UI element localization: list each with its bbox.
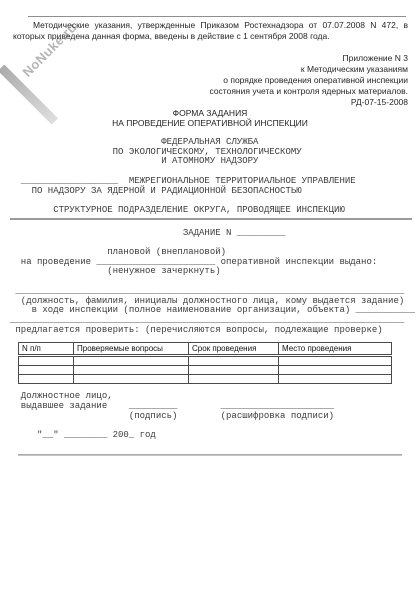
text-line: (подпись) (расшифровка подписи) [10,412,420,422]
table-cell [74,366,189,375]
intro-note: Методические указания, утвержденные Прик… [13,20,408,42]
form-agency-lines: ФЕДЕРАЛЬНАЯ СЛУЖБА ПО ЭКОЛОГИЧЕСКОМУ, ТЕ… [10,138,420,216]
table-header-period: Срок проведения [189,343,279,356]
table-cell [189,366,279,375]
table-header-row: N п/п Проверяемые вопросы Срок проведени… [19,343,392,356]
table-cell [279,356,392,366]
table-header-number: N п/п [19,343,74,356]
appendix-block: Приложение N 3к Методическим указаниямо … [0,53,408,108]
document-page: NoNuke.ru Методические указания, утвержд… [0,0,420,600]
form-body-lines: ЗАДАНИЕ N _________ плановой (внепланово… [10,229,420,336]
section-divider [10,218,412,220]
table-cell [74,375,189,384]
document-content: Методические указания, утвержденные Прик… [0,16,420,456]
table-row [19,356,392,366]
table-cell [19,366,74,375]
text-line: состояния учета и контроля ядерных матер… [0,86,408,97]
table-cell [189,375,279,384]
text-line: И АТОМНОМУ НАДЗОРУ [10,157,420,167]
text-line: ПО НАДЗОРУ ЗА ЯДЕРНОЙ И РАДИАЦИОННОЙ БЕЗ… [10,187,420,197]
document-title: ФОРМА ЗАДАНИЯ НА ПРОВЕДЕНИЕ ОПЕРАТИВНОЙ … [0,109,420,128]
top-divider [28,16,406,17]
table-cell [19,375,74,384]
text-line: РД-07-15-2008 [0,97,408,108]
table-cell [19,356,74,366]
text-line: "__" ________ 200_ год [10,431,420,441]
table-row [19,366,392,375]
text-line: предлагается проверить: (перечисляются в… [10,326,420,336]
inspection-table: N п/п Проверяемые вопросы Срок проведени… [18,342,392,384]
bottom-divider [18,454,402,456]
table-cell [189,356,279,366]
table-cell [279,366,392,375]
table-header-questions: Проверяемые вопросы [74,343,189,356]
text-line: СТРУКТУРНОЕ ПОДРАЗДЕЛЕНИЕ ОКРУГА, ПРОВОД… [10,206,420,216]
table-row [19,375,392,384]
table-header-place: Место проведения [279,343,392,356]
signature-lines: Должностное лицо, выдавшее задание _____… [10,392,420,441]
text-line: ЗАДАНИЕ N _________ [10,229,420,239]
document-title-line2: НА ПРОВЕДЕНИЕ ОПЕРАТИВНОЙ ИНСПЕКЦИИ [0,119,420,129]
text-line: к Методическим указаниям [0,64,408,75]
text-line: о порядке проведения оперативной инспекц… [0,75,408,86]
text-line: Приложение N 3 [0,53,408,64]
text-line: (ненужное зачеркнуть) [10,267,420,277]
table-cell [279,375,392,384]
table-cell [74,356,189,366]
table-body [19,356,392,384]
